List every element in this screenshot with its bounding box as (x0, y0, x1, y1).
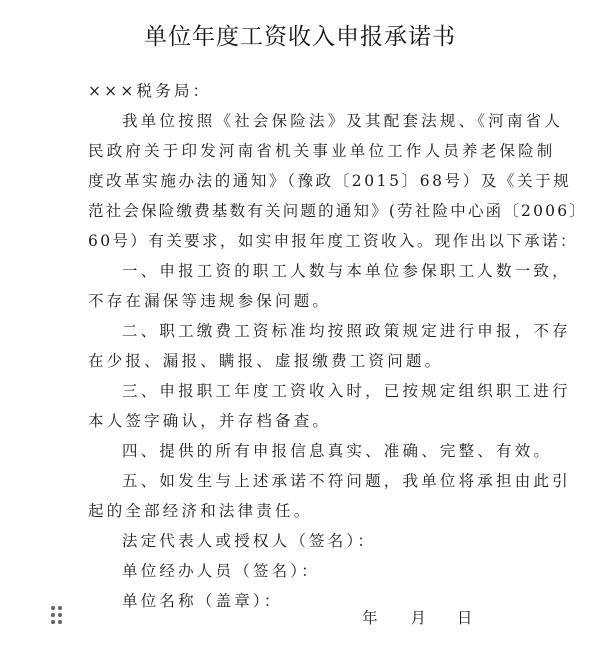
date-year: 年 (362, 606, 378, 628)
commitment-2-line-2: 在少报、漏报、瞒报、虚报缴费工资问题。 (88, 346, 516, 376)
drag-dot (51, 613, 55, 617)
drag-dot (58, 620, 62, 624)
document-body: ×××税务局： 我单位按照《社会保险法》及其配套法规、《河南省人 民政府关于印发… (88, 76, 516, 616)
signature-legal-rep: 法定代表人或授权人（签名）： (88, 526, 516, 556)
body-line: 民政府关于印发河南省机关事业单位工作人员养老保险制 (88, 136, 516, 166)
commitment-3-line-2: 本人签字确认，并存档备查。 (88, 406, 516, 436)
body-line: 我单位按照《社会保险法》及其配套法规、《河南省人 (88, 106, 516, 136)
document-title: 单位年度工资收入申报承诺书 (0, 18, 600, 51)
drag-dot (51, 620, 55, 624)
commitment-4-line-1: 四、提供的所有申报信息真实、准确、完整、有效。 (88, 436, 516, 466)
drag-dot (51, 606, 55, 610)
date-month: 月 (410, 606, 426, 628)
document-page: 单位年度工资收入申报承诺书 ×××税务局： 我单位按照《社会保险法》及其配套法规… (0, 0, 600, 672)
commitment-2-line-1: 二、职工缴费工资标准均按照政策规定进行申报，不存 (88, 316, 516, 346)
body-line: 范社会保险缴费基数有关问题的通知》(劳社险中心函〔2006〕 (88, 196, 516, 226)
commitment-5-line-1: 五、如发生与上述承诺不符问题，我单位将承担由此引 (88, 466, 516, 496)
signature-handler: 单位经办人员（签名）： (88, 556, 516, 586)
drag-handle-icon[interactable] (51, 606, 63, 624)
commitment-3-line-1: 三、申报职工年度工资收入时，已按规定组织职工进行 (88, 376, 516, 406)
commitment-5-line-2: 起的全部经济和法律责任。 (88, 496, 516, 526)
drag-dot (58, 613, 62, 617)
addressee: ×××税务局： (88, 76, 516, 106)
date-day: 日 (457, 606, 473, 628)
commitment-1-line-2: 不存在漏保等违规参保问题。 (88, 286, 516, 316)
drag-dot (58, 606, 62, 610)
commitment-1-line-1: 一、申报工资的职工人数与本单位参保职工人数一致， (88, 256, 516, 286)
body-line: 度改革实施办法的通知》（豫政〔2015〕68号）及《关于规 (88, 166, 516, 196)
body-line: 60号）有关要求，如实申报年度工资收入。现作出以下承诺： (88, 226, 516, 256)
date-row: 年 月 日 (362, 606, 472, 628)
